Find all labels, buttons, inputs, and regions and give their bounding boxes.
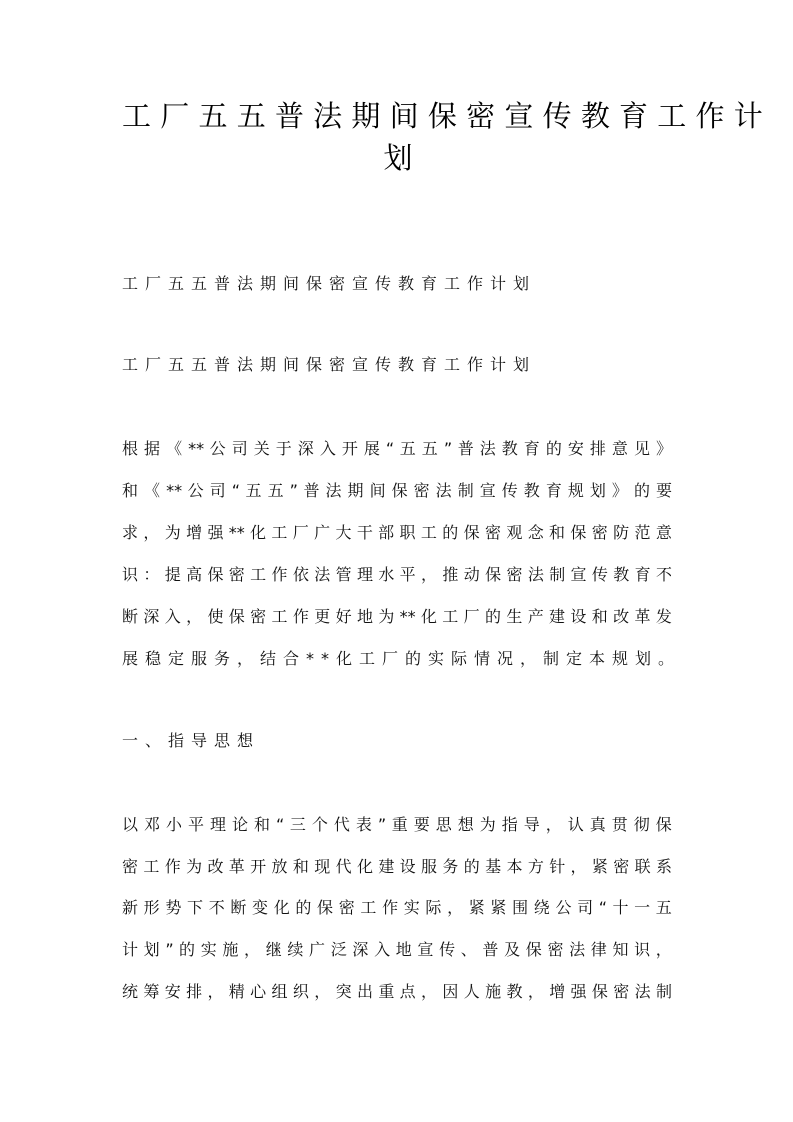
document-page: 工 厂 五 五 普 法 期 间 保 密 宣 传 教 育 工 作 计 划 工厂五五… bbox=[0, 0, 793, 1122]
subtitle-1: 工厂五五普法期间保密宣传教育工作计划 bbox=[122, 272, 536, 296]
title-line-1: 工 厂 五 五 普 法 期 间 保 密 宣 传 教 育 工 作 计 bbox=[122, 95, 674, 137]
intro-line-6: 展稳定服务，结合**化工厂的实际情况，制定本规划。 bbox=[122, 647, 681, 671]
section-1-line-4: 计 划 ” 的 实 施 ， 继 续 广 泛 深 入 地 宣 传 、 普 及 保 … bbox=[122, 938, 672, 962]
intro-line-5: 断 深 入 ， 使 保 密 工 作 更 好 地 为 ** 化 工 厂 的 生 产… bbox=[122, 605, 672, 629]
intro-line-1: 根 据 《 ** 公 司 关 于 深 入 开 展 “ 五 五 ” 普 法 教 育… bbox=[122, 437, 672, 461]
intro-line-4: 识 ： 提 高 保 密 工 作 依 法 管 理 水 平 ， 推 动 保 密 法 … bbox=[122, 563, 672, 587]
section-1-line-2: 密 工 作 为 改 革 开 放 和 现 代 化 建 设 服 务 的 基 本 方 … bbox=[122, 855, 672, 879]
subtitle-2: 工厂五五普法期间保密宣传教育工作计划 bbox=[122, 353, 536, 377]
intro-line-3: 求 ， 为 增 强 ** 化 工 厂 广 大 干 部 职 工 的 保 密 观 念… bbox=[122, 521, 672, 545]
section-1-line-3: 新 形 势 下 不 断 变 化 的 保 密 工 作 实 际 ， 紧 紧 围 绕 … bbox=[122, 896, 672, 920]
section-1-line-1: 以 邓 小 平 理 论 和 “ 三 个 代 表 ” 重 要 思 想 为 指 导 … bbox=[122, 813, 672, 837]
section-1-line-5: 统 筹 安 排 ， 精 心 组 织 ， 突 出 重 点 ， 因 人 施 教 ， … bbox=[122, 980, 672, 1004]
title-line-2: 划 bbox=[122, 137, 674, 179]
document-title: 工 厂 五 五 普 法 期 间 保 密 宣 传 教 育 工 作 计 划 bbox=[122, 95, 674, 179]
intro-line-2: 和 《 ** 公 司 “ 五 五 ” 普 法 期 间 保 密 法 制 宣 传 教… bbox=[122, 479, 672, 503]
section-1-heading: 一、指导思想 bbox=[122, 729, 260, 753]
